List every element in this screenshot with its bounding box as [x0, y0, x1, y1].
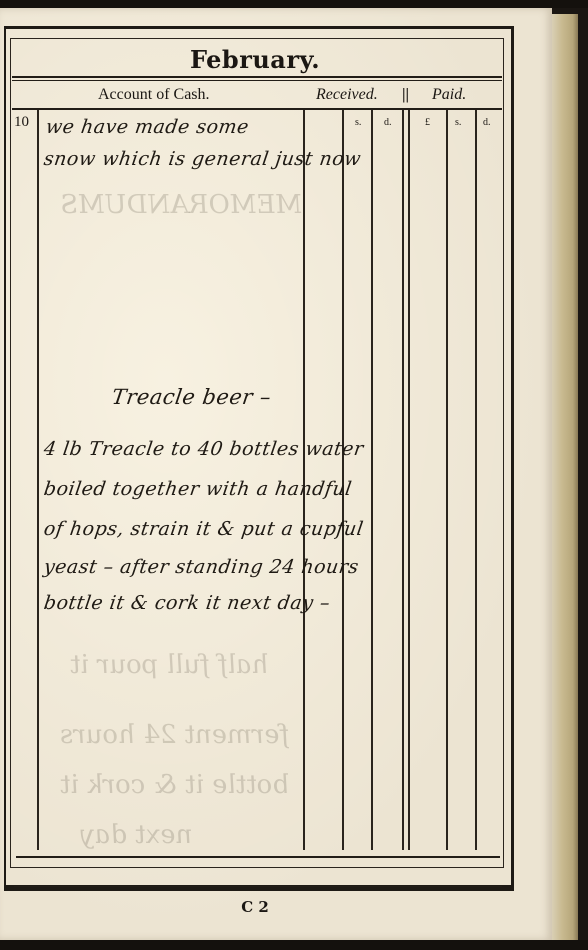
paid-header: Paid. — [432, 86, 466, 104]
entry-line: we have made some — [44, 116, 250, 138]
received-pence-unit: d. — [384, 117, 392, 128]
paid-shillings-rule — [446, 110, 448, 850]
recipe-line: 4 lb Treacle to 40 bottles water — [42, 438, 365, 460]
received-paid-divider-a — [402, 110, 404, 850]
recipe-line: bottle it & cork it next day – — [42, 592, 331, 614]
paid-pounds-unit: £ — [425, 117, 430, 128]
page-stack-edge — [552, 14, 578, 940]
recipe-line: of hops, strain it & put a cupful — [42, 518, 364, 540]
month-title: February. — [0, 45, 510, 74]
scan-border-top — [0, 0, 588, 8]
date-column-rule — [37, 110, 39, 850]
paid-shillings-unit: s. — [455, 117, 461, 128]
recipe-line: yeast – after standing 24 hours — [42, 556, 360, 578]
header-rule-top-thin — [12, 80, 502, 81]
entry-line: snow which is general just now — [42, 148, 362, 170]
header-rule-bottom — [12, 108, 502, 110]
entry-day-number: 10 — [14, 114, 29, 131]
received-pence-rule — [371, 110, 373, 850]
scan-border-bottom — [0, 940, 588, 950]
received-header: Received. — [316, 86, 378, 104]
recipe-line: boiled together with a handful — [42, 478, 353, 500]
footer-rule-top — [16, 856, 500, 858]
recipe-title: Treacle beer – — [110, 385, 272, 409]
received-shillings-unit: s. — [355, 117, 361, 128]
header-rule-top — [12, 76, 502, 78]
header-separator: || — [402, 86, 409, 104]
account-of-cash-header: Account of Cash. — [98, 86, 210, 104]
footer-rule-bottom — [14, 886, 502, 887]
paid-pence-rule — [475, 110, 477, 850]
received-paid-divider-b — [408, 110, 410, 850]
paid-pence-unit: d. — [483, 117, 491, 128]
signature-mark: C 2 — [0, 898, 510, 916]
